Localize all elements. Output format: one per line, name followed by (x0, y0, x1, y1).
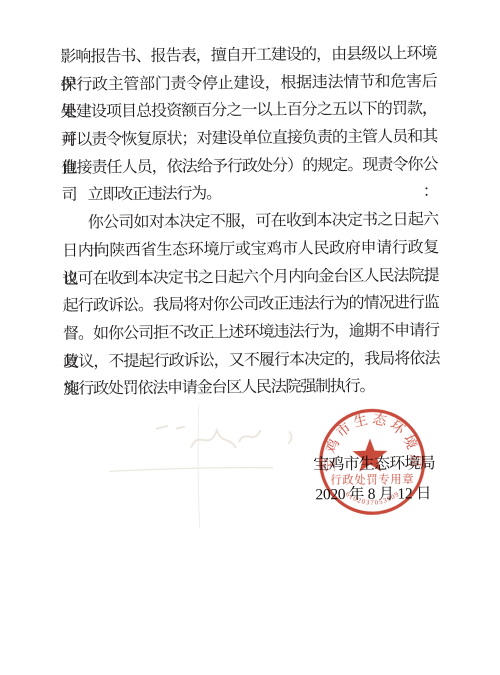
body-line: 复议，不提起行政诉讼，又不履行本决定的，我局将依法实 (63, 345, 439, 376)
body-line: 你公司如对本决定不服，可在收到本决定书之日起六十 (62, 206, 438, 237)
body-line: 督。如你公司拒不改正上述环境违法行为，逾期不申请行政 (63, 317, 439, 348)
seal-code: 6102037053909 (344, 490, 402, 507)
body-line: 影响报告书、报告表，擅自开工建设的，由县级以上环境保 (60, 40, 436, 71)
official-seal: 宝鸡市生态环境局 行政处罚专用章 6102037053909 (316, 405, 429, 518)
body-line: 处建设项目总投资额百分之一以上百分之五以下的罚款，并 (61, 96, 437, 127)
seal-center-text: 行政处罚专用章 (330, 472, 414, 487)
document-sheet: 影响报告书、报告表，擅自开工建设的，由县级以上环境保护行政主管部门责令停止建设，… (0, 0, 500, 675)
fold-crease-vertical (197, 404, 199, 528)
body-line: 也可在收到本决定书之日起六个月内向金台区人民法院提 (62, 262, 438, 293)
body-line: 施行政处罚依法申请金台区人民法院强制执行。 (63, 372, 439, 403)
body-line: 直接责任人员，依法给予行政处分）的规定。现责令你公司： (61, 151, 437, 182)
scanned-document-page: 影响报告书、报告表，擅自开工建设的，由县级以上环境保护行政主管部门责令停止建设，… (0, 0, 500, 675)
body-line: 可以责令恢复原状；对建设单位直接负责的主管人员和其他 (61, 123, 437, 154)
body-line: 起行政诉讼。我局将对你公司改正违法行为的情况进行监 (63, 289, 439, 320)
seal-star-icon (353, 438, 388, 472)
ink-bleed-through (156, 425, 292, 449)
document-body: 影响报告书、报告表，擅自开工建设的，由县级以上环境保护行政主管部门责令停止建设，… (60, 40, 439, 404)
fold-crease-horizontal (109, 467, 273, 471)
body-line: 日内向陕西省生态环境厅或宝鸡市人民政府申请行政复议， (62, 234, 438, 265)
body-line: 护行政主管部门责令停止建设，根据违法情节和危害后果， (60, 68, 436, 99)
